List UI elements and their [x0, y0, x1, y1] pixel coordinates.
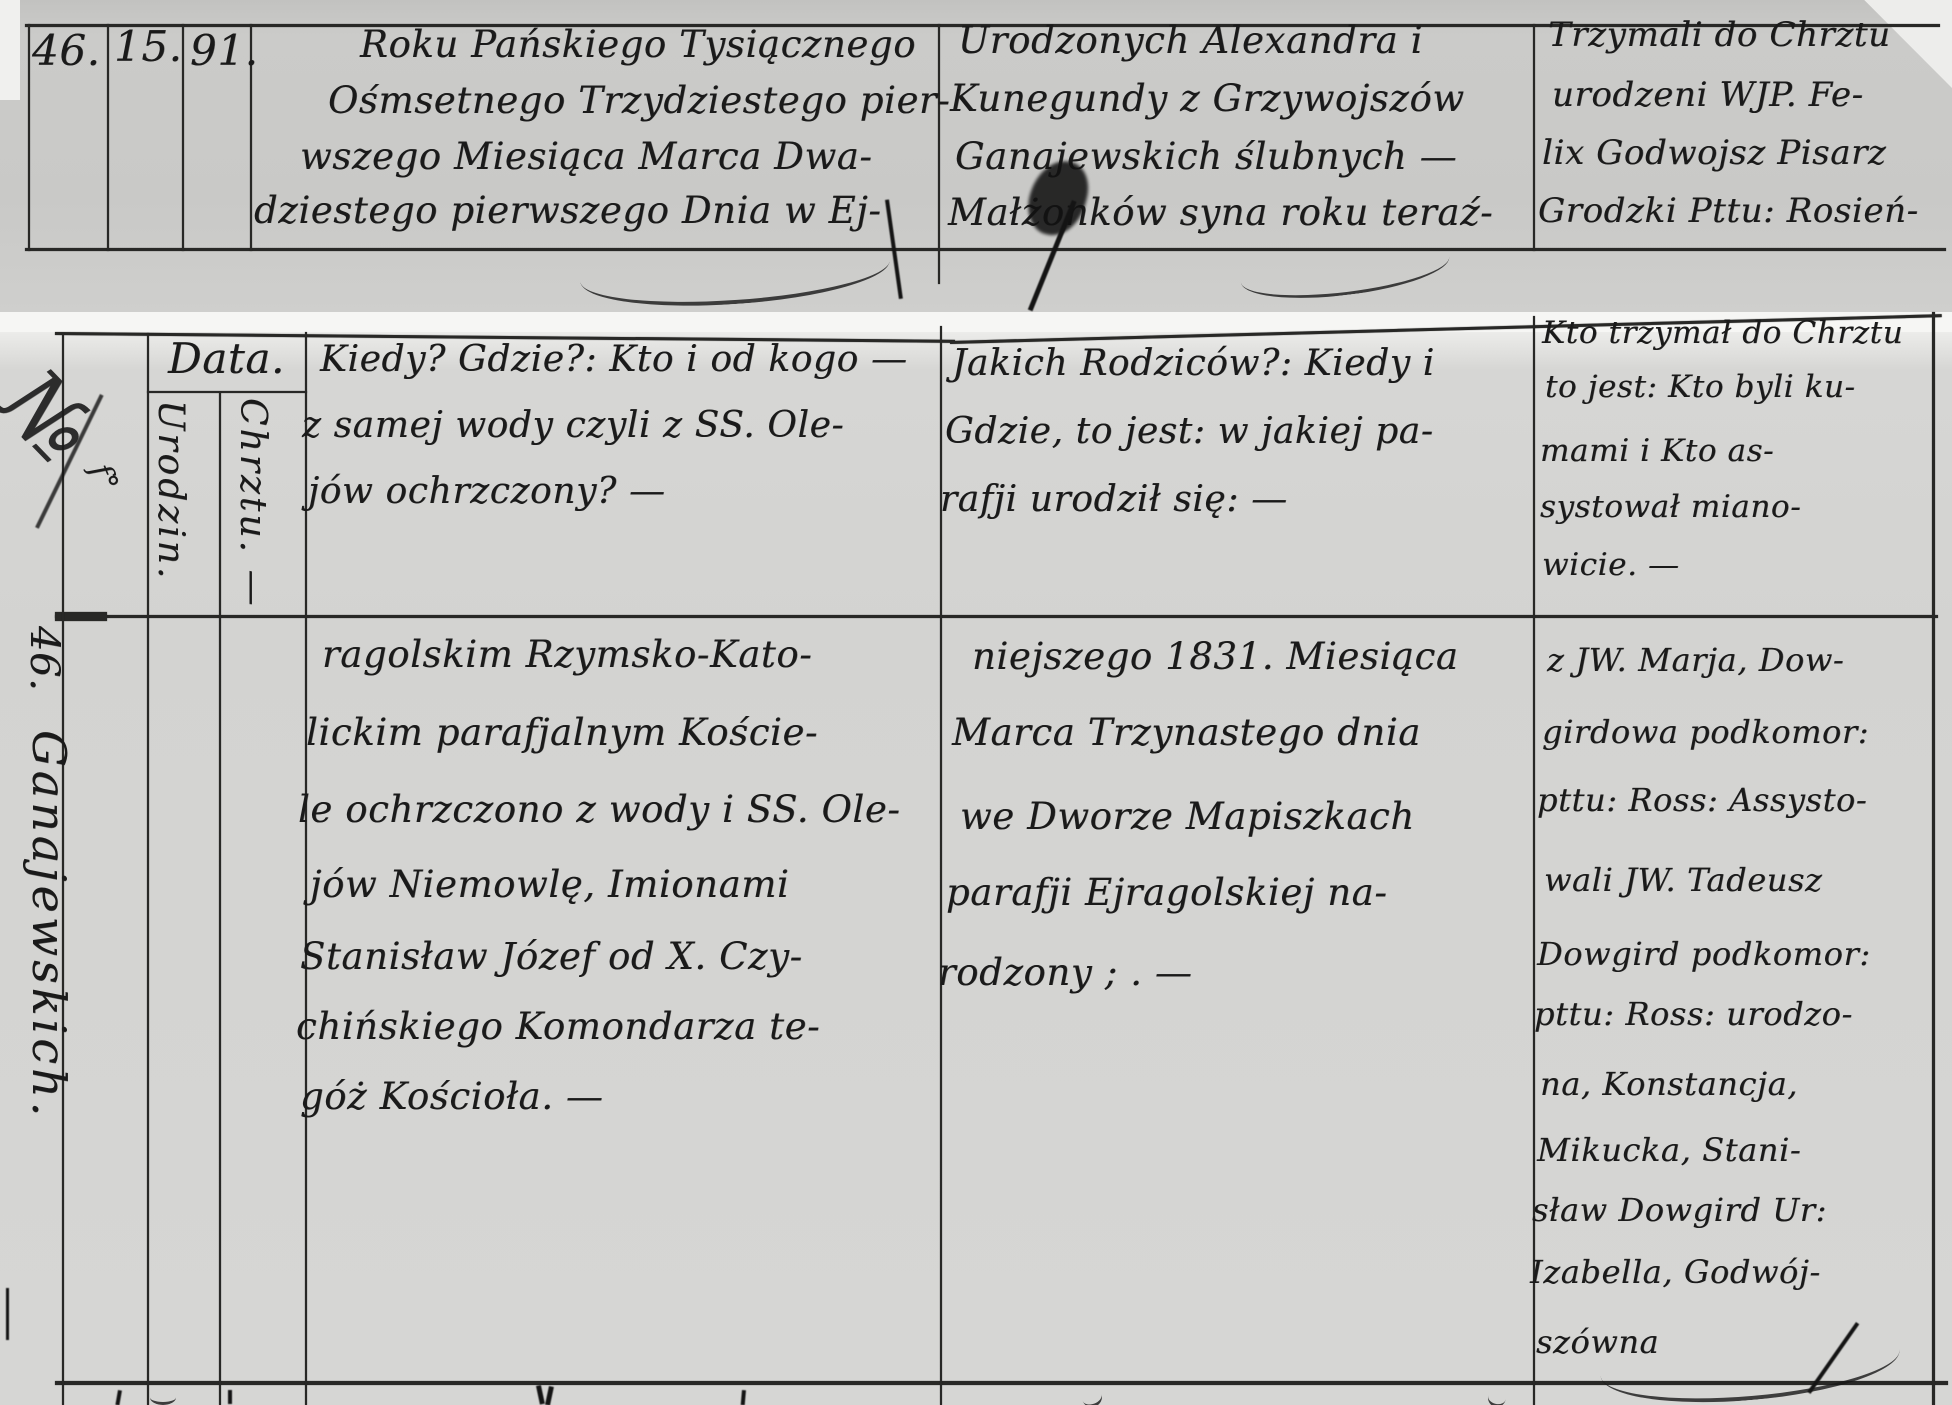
- column-header-baptism-line: z samej wody czyli z SS. Ole-: [302, 408, 844, 444]
- record-number-cell: 46.: [32, 30, 101, 72]
- record-number-cell: 15.: [114, 26, 183, 68]
- birth-entry-line: we Dworze Mapiszkach: [960, 798, 1415, 835]
- baptism-text-line: Roku Pańskiego Tysiącznego: [360, 26, 916, 63]
- godparents-entry-line: pttu: Ross: urodzo-: [1534, 998, 1853, 1030]
- column-header-godparents-line: mami i Kto as-: [1540, 436, 1774, 467]
- column-header-baptism-line: jów ochrzczony? —: [308, 474, 666, 510]
- column-header-parents-line: Jakich Rodziców?: Kiedy i: [952, 346, 1435, 382]
- godparents-text-line: Trzymali do Chrztu: [1548, 18, 1891, 52]
- baptism-entry-line: chińskiego Komondarza te-: [296, 1008, 820, 1045]
- godparents-entry-line: pttu: Ross: Assysto-: [1537, 784, 1867, 816]
- baptism-entry-line: Stanisław Józef od X. Czy-: [300, 938, 803, 975]
- birth-entry-line: rodzony ; . —: [938, 954, 1192, 991]
- godparents-entry-line: z JW. Marja, Dow-: [1547, 644, 1844, 676]
- register-scan-page: 46. 15. 91. Roku Pańskiego Tysiącznego O…: [0, 0, 1952, 1405]
- grid-line: [55, 615, 1938, 618]
- baptism-entry-line: ragolskim Rzymsko-Kato-: [322, 636, 812, 673]
- godparents-text-line: lix Godwojsz Pisarz: [1542, 136, 1886, 170]
- paper-edge-left: [0, 0, 20, 100]
- column-header-parents-line: Gdzie, to jest: w jakiej pa-: [945, 414, 1434, 450]
- row-number: 46.: [24, 626, 64, 691]
- column-header-godparents-line: Kto trzymał do Chrztu: [1542, 318, 1903, 349]
- parents-text-line: Urodzonych Alexandra i: [958, 22, 1423, 59]
- column-header-parents-line: rafji urodził się: —: [940, 482, 1288, 518]
- grid-line: [147, 391, 307, 393]
- grid-line: [1533, 316, 1535, 1405]
- grid-line: [147, 333, 149, 1405]
- ink-flourish: [1238, 231, 1453, 307]
- baptism-entry-line: góż Kościoła. —: [300, 1078, 604, 1115]
- top-record-strip: 46. 15. 91. Roku Pańskiego Tysiącznego O…: [0, 0, 1952, 312]
- grid-line: [305, 332, 307, 1405]
- column-header-baptism-line: Kiedy? Gdzie?: Kto i od kogo —: [320, 342, 908, 378]
- birth-entry-line: niejszego 1831. Miesiąca: [972, 638, 1459, 675]
- baptism-text-line: wszego Miesiąca Marca Dwa-: [300, 138, 872, 175]
- godparents-entry-line: sław Dowgird Ur:: [1532, 1194, 1827, 1226]
- baptism-entry-line: jów Niemowlę, Imionami: [310, 866, 789, 903]
- grid-line: [28, 24, 30, 251]
- godparents-entry-line: girdowa podkomor:: [1542, 716, 1869, 748]
- column-header-godparents-line: to jest: Kto byli ku-: [1545, 372, 1856, 403]
- baptism-entry-line: le ochrzczono z wody i SS. Ole-: [298, 791, 900, 828]
- godparents-text-line: Grodzki Pttu: Rosień-: [1538, 194, 1919, 228]
- godparents-entry-line: na, Konstancja,: [1540, 1068, 1798, 1100]
- godparents-entry-line: Dowgird podkomor:: [1537, 938, 1871, 970]
- baptism-text-line: dziestego pierwszego Dnia w Ej-: [254, 192, 881, 229]
- record-number-symbol: №: [0, 354, 111, 481]
- birth-entry-line: parafji Ejragolskiej na-: [946, 874, 1387, 911]
- column-header-birth-date: Urodzin.: [152, 400, 188, 581]
- row-surname: Ganajewskich.: [26, 730, 72, 1120]
- baptism-entry-line: lickim parafjalnym Koście-: [306, 714, 818, 751]
- record-number-symbol-small: f°: [84, 460, 122, 497]
- godparents-entry-line: Izabella, Godwój-: [1530, 1256, 1821, 1288]
- grid-line: [1932, 312, 1935, 1405]
- column-header-baptism-date: Chrztu. —: [234, 398, 270, 608]
- margin-mark: [6, 1288, 9, 1340]
- column-header-godparents-line: systował miano-: [1540, 492, 1801, 523]
- column-header-godparents-line: wicie. —: [1542, 550, 1680, 581]
- grid-line: [938, 24, 940, 284]
- ink-flourish: [578, 227, 892, 314]
- grid-line: [1533, 24, 1535, 251]
- godparents-entry-line: Mikucka, Stani-: [1537, 1134, 1801, 1166]
- parents-text-line: Ganajewskich ślubnych —: [955, 138, 1457, 175]
- grid-line: [25, 248, 1946, 251]
- parents-text-line: Kunegundy z Grzywojszów: [950, 80, 1465, 117]
- godparents-text-line: urodzeni WJP. Fe-: [1552, 78, 1864, 112]
- grid-line: [219, 392, 221, 1405]
- baptism-text-line: Ośmsetnego Trzydziestego pier-: [328, 82, 950, 119]
- birth-entry-line: Marca Trzynastego dnia: [952, 714, 1421, 751]
- godparents-entry-line: wali JW. Tadeusz: [1544, 864, 1822, 896]
- register-table-strip: № f° Data. Urodzin. Chrztu. — Kiedy? Gdz…: [0, 332, 1952, 1405]
- record-number-cell: 91.: [190, 30, 259, 72]
- column-header-date: Data.: [168, 338, 285, 380]
- grid-line: [107, 24, 109, 251]
